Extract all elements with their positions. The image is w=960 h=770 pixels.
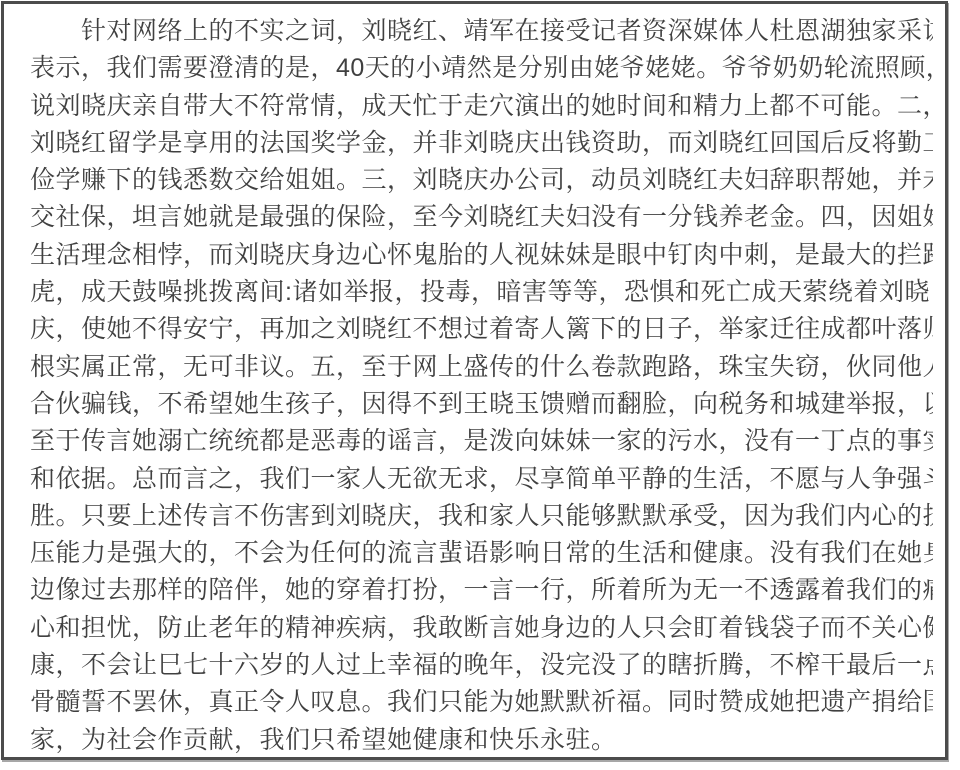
text-line: 家，为社会作贡献，我们只希望她健康和快乐永驻。 [30, 722, 933, 759]
document-page: 针对网络上的不实之词，刘晓红、靖军在接受记者资深媒体人杜恩湖独家采访中表示，我们… [1, 1, 948, 760]
text-line: 生活理念相悖，而刘晓庆身边心怀鬼胎的人视妹妹是眼中钉肉中刺，是最大的拦路 [30, 237, 933, 274]
text-line: 说刘晓庆亲自带大不符常情，成天忙于走穴演出的她时间和精力上都不可能。二， [30, 88, 933, 125]
text-line: 交社保，坦言她就是最强的保险，至今刘晓红夫妇没有一分钱养老金。四，因姐妹 [30, 199, 933, 236]
text-line: 合伙骗钱，不希望她生孩子，因得不到王晓玉馈赠而翻脸，向税务和城建举报，以 [30, 386, 933, 423]
text-line: 骨髓誓不罢休，真正令人叹息。我们只能为她默默祈福。同时赞成她把遗产捐给国 [30, 684, 933, 721]
text-line: 心和担忧，防止老年的精神疾病，我敢断言她身边的人只会盯着钱袋子而不关心健 [30, 610, 933, 647]
text-line: 和依据。总而言之，我们一家人无欲无求，尽享简单平静的生活，不愿与人争强斗 [30, 461, 933, 498]
text-line: 压能力是强大的，不会为任何的流言蜚语影响日常的生活和健康。没有我们在她身 [30, 535, 933, 572]
text-line: 至于传言她溺亡统统都是恶毒的谣言，是泼向妹妹一家的污水，没有一丁点的事实 [30, 423, 933, 460]
text-line: 针对网络上的不实之词，刘晓红、靖军在接受记者资深媒体人杜恩湖独家采访中 [30, 13, 933, 50]
text-line: 刘晓红留学是享用的法国奖学金，并非刘晓庆出钱资助，而刘晓红回国后反将勤工 [30, 125, 933, 162]
text-line: 表示，我们需要澄清的是，40天的小靖然是分别由姥爷姥姥。爷爷奶奶轮流照顾， [30, 50, 933, 87]
text-line: 胜。只要上述传言不伤害到刘晓庆，我和家人只能够默默承受，因为我们内心的抗 [30, 498, 933, 535]
text-line: 庆，使她不得安宁，再加之刘晓红不想过着寄人篱下的日子，举家迁往成都叶落归 [30, 311, 933, 348]
text-line: 康，不会让巳七十六岁的人过上幸福的晚年，没完没了的瞎折腾，不榨干最后一点 [30, 647, 933, 684]
article-text: 针对网络上的不实之词，刘晓红、靖军在接受记者资深媒体人杜恩湖独家采访中表示，我们… [4, 4, 945, 757]
text-line: 俭学赚下的钱悉数交给姐姐。三，刘晓庆办公司，动员刘晓红夫妇辞职帮她，并未 [30, 162, 933, 199]
text-line: 根实属正常，无可非议。五，至于网上盛传的什么卷款跑路，珠宝失窃，伙同他人 [30, 349, 933, 386]
text-line: 边像过去那样的陪伴，她的穿着打扮，一言一行，所着所为无一不透露着我们的痛 [30, 572, 933, 609]
text-line: 虎，成天鼓噪挑拨离间:诸如举报，投毒，暗害等等，恐惧和死亡成天萦绕着刘晓 [30, 274, 933, 311]
